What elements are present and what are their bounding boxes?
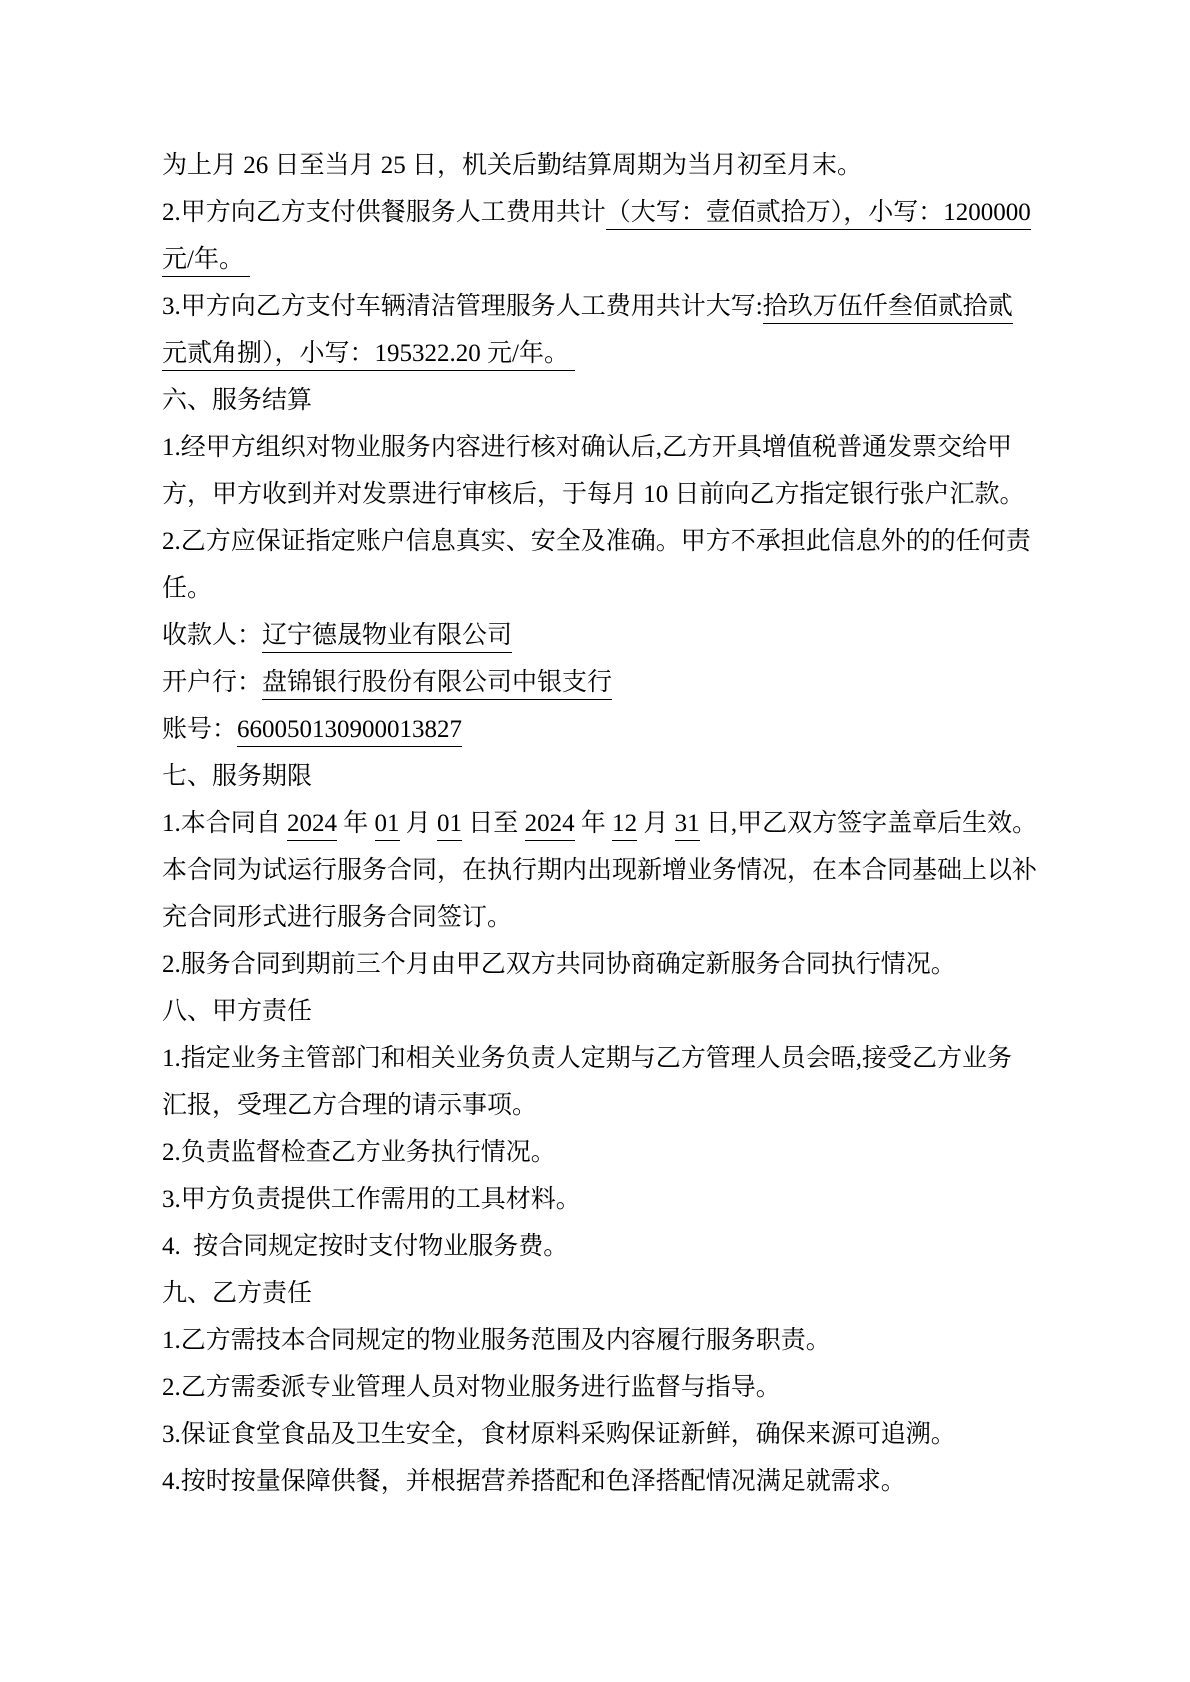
text-run: 为上月 26 日至当月 25 日，机关后勤结算周期为当月初至月末。: [162, 152, 862, 179]
text-line: 元/年。: [162, 236, 1050, 283]
text-line: 1.本合同自 2024 年 01 月 01 日至 2024 年 12 月 31 …: [162, 800, 1050, 847]
text-line: 3.甲方向乙方支付车辆清洁管理服务人工费用共计大写:拾玖万伍仟叁佰贰拾贰: [162, 283, 1050, 330]
text-run: 1.乙方需技本合同规定的物业服务范围及内容履行服务职责。: [162, 1327, 831, 1354]
text-run: 汇报，受理乙方合理的请示事项。: [162, 1092, 537, 1119]
underlined-text-run: 2024: [287, 810, 337, 841]
text-run: 月: [637, 810, 675, 837]
underlined-text-run: 31: [675, 810, 700, 841]
text-line: 3.甲方负责提供工作需用的工具材料。: [162, 1176, 1050, 1223]
text-run: 3.甲方负责提供工作需用的工具材料。: [162, 1186, 581, 1213]
underlined-text-run: 拾玖万伍仟叁佰贰拾贰: [763, 293, 1013, 324]
text-line: 本合同为试运行服务合同，在执行期内出现新增业务情况，在本合同基础上以补: [162, 847, 1050, 894]
text-line: 账号：660050130900013827: [162, 706, 1050, 753]
text-line: 汇报，受理乙方合理的请示事项。: [162, 1082, 1050, 1129]
text-run: 日,甲乙双方签字盖章后生效。: [700, 810, 1038, 837]
text-run: 1.经甲方组织对物业服务内容进行核对确认后,乙方开具增值税普通发票交给甲: [162, 434, 1012, 461]
text-line: 1.指定业务主管部门和相关业务负责人定期与乙方管理人员会晤,接受乙方业务: [162, 1035, 1050, 1082]
text-line: 充合同形式进行服务合同签订。: [162, 894, 1050, 941]
underlined-text-run: 元贰角捌），小写：195322.20 元/年。: [162, 340, 575, 371]
text-run: 本合同为试运行服务合同，在执行期内出现新增业务情况，在本合同基础上以补: [162, 857, 1037, 884]
text-line: 2.乙方需委派专业管理人员对物业服务进行监督与指导。: [162, 1364, 1050, 1411]
text-line: 开户行：盘锦银行股份有限公司中银支行: [162, 659, 1050, 706]
underlined-text-run: （大写：壹佰贰拾万），小写：1200000: [606, 199, 1031, 230]
text-run: 九、乙方责任: [162, 1280, 312, 1307]
text-run: 月: [400, 810, 438, 837]
underlined-text-run: 12: [612, 810, 637, 841]
text-run: 收款人：: [162, 622, 262, 649]
text-line: 1.经甲方组织对物业服务内容进行核对确认后,乙方开具增值税普通发票交给甲: [162, 424, 1050, 471]
underlined-text-run: 01: [437, 810, 462, 841]
text-run: 日至: [462, 810, 525, 837]
text-line: 九、乙方责任: [162, 1270, 1050, 1317]
text-run: 4.按时按量保障供餐，并根据营养搭配和色泽搭配情况满足就需求。: [162, 1468, 906, 1495]
text-run: 六、服务结算: [162, 387, 312, 414]
text-run: 2.甲方向乙方支付供餐服务人工费用共计: [162, 199, 606, 226]
text-run: 1.指定业务主管部门和相关业务负责人定期与乙方管理人员会晤,接受乙方业务: [162, 1045, 1012, 1072]
text-line: 任。: [162, 565, 1050, 612]
text-run: 七、服务期限: [162, 763, 312, 790]
text-run: 3.保证食堂食品及卫生安全，食材原料采购保证新鲜，确保来源可追溯。: [162, 1421, 956, 1448]
underlined-text-run: 2024: [525, 810, 575, 841]
text-run: 年: [575, 810, 613, 837]
text-line: 收款人：辽宁德晟物业有限公司: [162, 612, 1050, 659]
text-line: 3.保证食堂食品及卫生安全，食材原料采购保证新鲜，确保来源可追溯。: [162, 1411, 1050, 1458]
text-line: 方，甲方收到并对发票进行审核后，于每月 10 日前向乙方指定银行张户汇款。: [162, 471, 1050, 518]
text-line: 元贰角捌），小写：195322.20 元/年。: [162, 330, 1050, 377]
text-line: 2.乙方应保证指定账户信息真实、安全及准确。甲方不承担此信息外的的任何责: [162, 518, 1050, 565]
text-line: 八、甲方责任: [162, 988, 1050, 1035]
underlined-text-run: 盘锦银行股份有限公司中银支行: [262, 669, 612, 700]
text-run: 2.负责监督检查乙方业务执行情况。: [162, 1139, 556, 1166]
text-run: 八、甲方责任: [162, 998, 312, 1025]
text-run: 1.本合同自: [162, 810, 287, 837]
text-line: 六、服务结算: [162, 377, 1050, 424]
underlined-text-run: 660050130900013827: [237, 716, 462, 747]
text-line: 七、服务期限: [162, 753, 1050, 800]
text-line: 4. 按合同规定按时支付物业服务费。: [162, 1223, 1050, 1270]
text-run: 2.服务合同到期前三个月由甲乙双方共同协商确定新服务合同执行情况。: [162, 951, 956, 978]
text-line: 4.按时按量保障供餐，并根据营养搭配和色泽搭配情况满足就需求。: [162, 1458, 1050, 1505]
text-run: 3.甲方向乙方支付车辆清洁管理服务人工费用共计大写:: [162, 293, 763, 320]
text-run: 方，甲方收到并对发票进行审核后，于每月 10 日前向乙方指定银行张户汇款。: [162, 481, 1025, 508]
text-run: 开户行：: [162, 669, 262, 696]
text-run: 账号：: [162, 716, 237, 743]
text-run: 任。: [162, 575, 212, 602]
underlined-text-run: 01: [375, 810, 400, 841]
text-line: 1.乙方需技本合同规定的物业服务范围及内容履行服务职责。: [162, 1317, 1050, 1364]
text-line: 2.甲方向乙方支付供餐服务人工费用共计（大写：壹佰贰拾万），小写：1200000: [162, 189, 1050, 236]
text-line: 为上月 26 日至当月 25 日，机关后勤结算周期为当月初至月末。: [162, 142, 1050, 189]
underlined-text-run: 元/年。: [162, 246, 250, 277]
text-run: 年: [337, 810, 375, 837]
text-run: 充合同形式进行服务合同签订。: [162, 904, 512, 931]
text-line: 2.服务合同到期前三个月由甲乙双方共同协商确定新服务合同执行情况。: [162, 941, 1050, 988]
text-run: 2.乙方需委派专业管理人员对物业服务进行监督与指导。: [162, 1374, 781, 1401]
document-body: 为上月 26 日至当月 25 日，机关后勤结算周期为当月初至月末。2.甲方向乙方…: [0, 0, 1190, 1505]
underlined-text-run: 辽宁德晟物业有限公司: [262, 622, 512, 653]
text-run: 2.乙方应保证指定账户信息真实、安全及准确。甲方不承担此信息外的的任何责: [162, 528, 1031, 555]
text-run: 4. 按合同规定按时支付物业服务费。: [162, 1233, 568, 1260]
document-page: 为上月 26 日至当月 25 日，机关后勤结算周期为当月初至月末。2.甲方向乙方…: [0, 0, 1190, 1682]
text-line: 2.负责监督检查乙方业务执行情况。: [162, 1129, 1050, 1176]
